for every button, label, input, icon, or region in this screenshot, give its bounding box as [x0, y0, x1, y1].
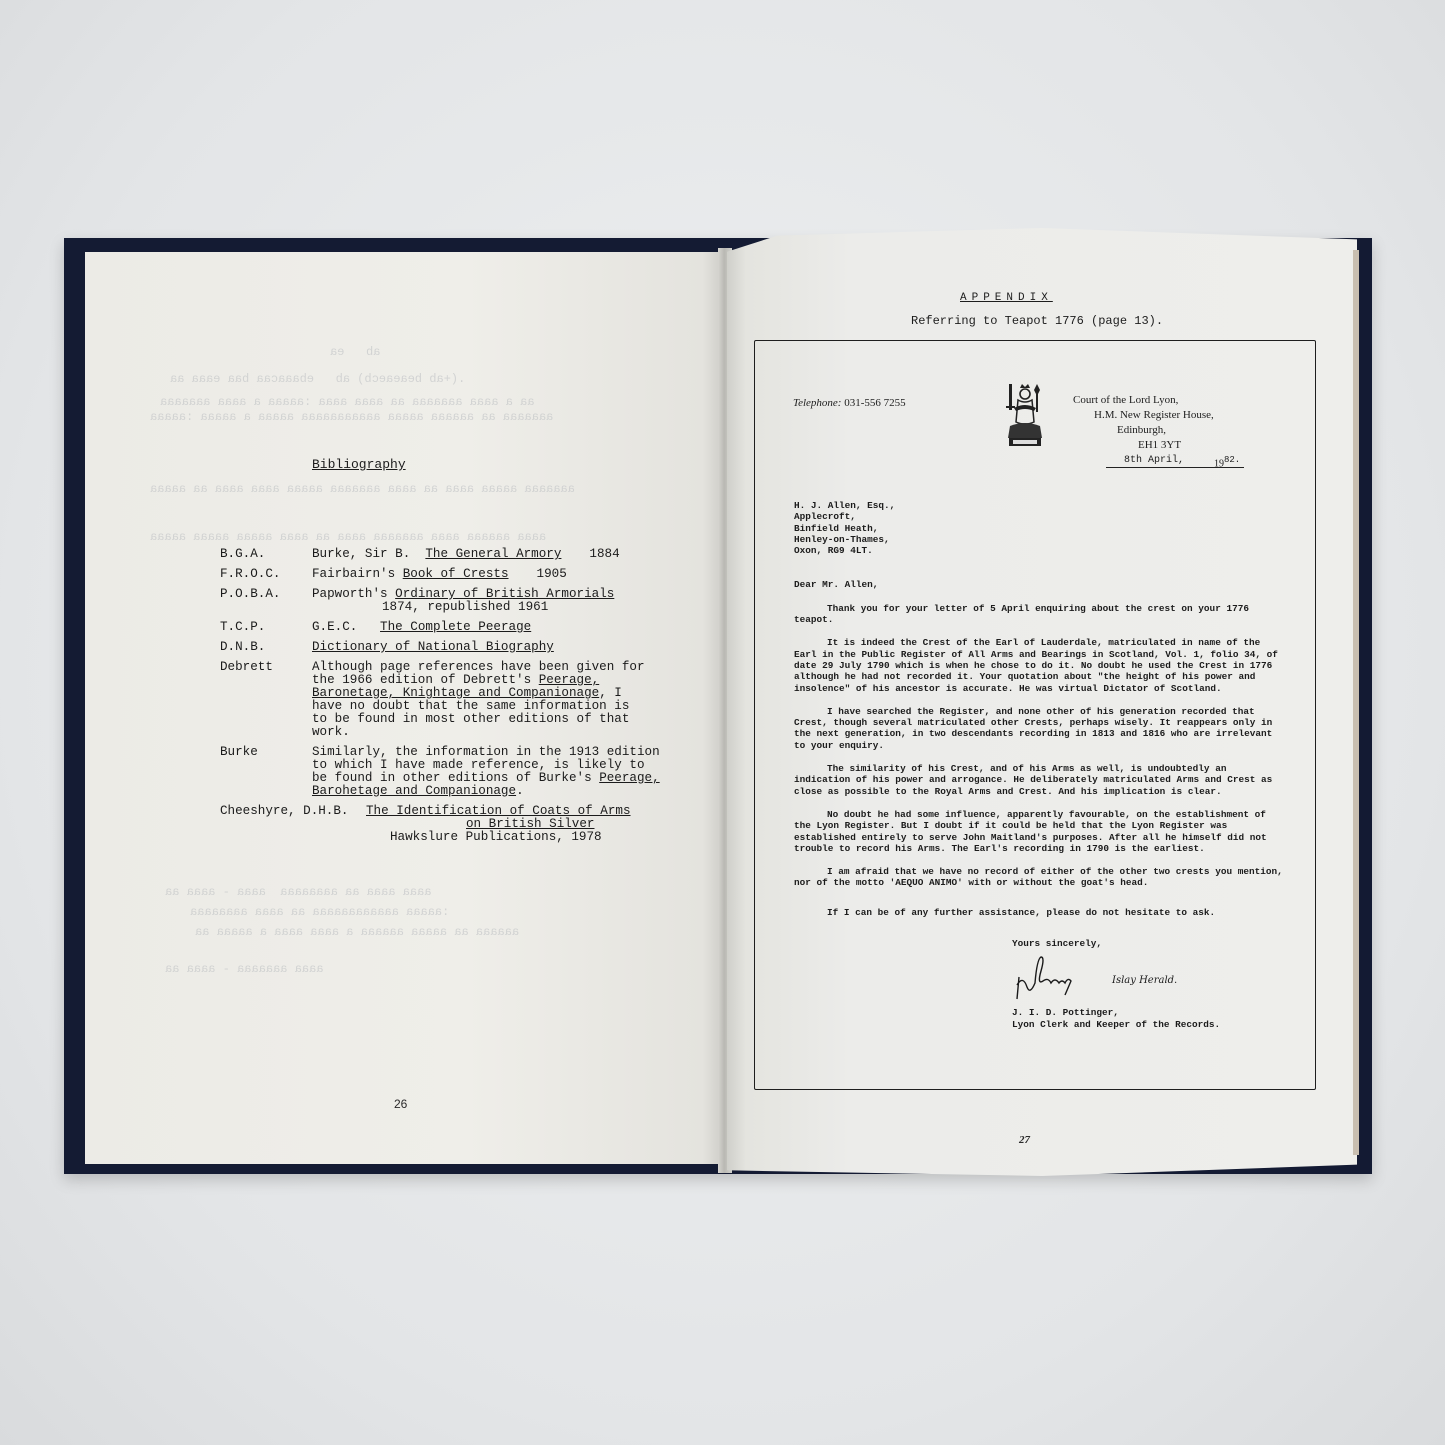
date-day: 8th April, — [1124, 455, 1184, 466]
recipient-address-line: Oxon, RG9 4LT. — [794, 545, 1284, 556]
entry-publisher: Hawkslure Publications, 1978 — [366, 831, 726, 844]
entry-abbreviation: P.O.B.A. — [220, 588, 310, 601]
sender-address-line: H.M. New Register House, — [1073, 408, 1214, 423]
letter-closing: Yours sincerely, — [794, 938, 1284, 949]
bibliography-entry: P.O.B.A. Papworth's Ordinary of British … — [220, 588, 726, 614]
date-year-suffix: 82. — [1224, 455, 1240, 465]
recipient-address: H. J. Allen, Esq., Applecroft, Binfield … — [794, 500, 1284, 556]
bibliography-entry: D.N.B. Dictionary of National Biography — [220, 641, 726, 654]
entry-author: Fairbairn's — [312, 567, 395, 581]
bibliography-entry: Cheeshyre, D.H.B. The Identification of … — [220, 805, 726, 844]
entry-abbreviation: Cheeshyre, D.H.B. — [220, 805, 348, 818]
entry-title: Dictionary of National Biography — [312, 640, 554, 654]
letter-paragraph: Thank you for your letter of 5 April enq… — [794, 603, 1284, 626]
entry-author: G.E.C. — [312, 620, 357, 634]
letter-paragraph: It is indeed the Crest of the Earl of La… — [794, 637, 1284, 693]
bibliography-entry: T.C.P. G.E.C. The Complete Peerage — [220, 621, 726, 634]
entry-year: 1884 — [589, 547, 619, 561]
letter-date: 8th April, 1982. — [1106, 455, 1244, 468]
entry-title: Ordinary of British Armorials — [395, 587, 614, 601]
entry-abbreviation: Debrett — [220, 661, 310, 674]
entry-author: Burke, Sir B. — [312, 547, 410, 561]
salutation: Dear Mr. Allen, — [794, 579, 1284, 590]
entry-abbreviation: T.C.P. — [220, 621, 310, 634]
bleed-through-text: aaaa aaaaaa aaaa aaaaaaa aaaa aa aaaa aa… — [150, 530, 546, 544]
bleed-through-text: .(+ab beaeaecb) ab ebaaacaa baa eaaa aa — [170, 372, 465, 386]
lord-lyon-crest-icon — [1004, 380, 1046, 450]
sender-address-line: Court of the Lord Lyon, — [1073, 393, 1214, 408]
entry-title: Book of Crests — [403, 567, 509, 581]
page-number-left: 26 — [394, 1097, 407, 1111]
bleed-through-text: aaaaaaa aaaaa aaaa aa aaaa aaaaaaa aaaaa… — [150, 482, 575, 496]
entry-title-continued: on British Silver — [466, 817, 594, 831]
entry-abbreviation: F.R.O.C. — [220, 568, 310, 581]
bleed-through-text: aaaa aaaa aa aaaaaaaa aaaa - aaaa aa — [165, 885, 431, 899]
entry-abbreviation: Burke — [220, 746, 310, 759]
entry-title: The Identification of Coats of Arms — [366, 804, 631, 818]
sender-address: Court of the Lord Lyon, H.M. New Registe… — [1073, 393, 1214, 453]
bleed-through-text: aaaaaa aa aaaaa aaaaaa a aaaa aaaa a aaa… — [195, 925, 519, 939]
bleed-through-text: aaaaaaa aa aaaaaa aaaaa aaaaaaaaaaa aaaa… — [150, 410, 553, 424]
entry-title: The General Armory — [425, 547, 561, 561]
letterhead-telephone: Telephone: 031-556 7255 — [793, 397, 906, 409]
signature-pottinger — [1014, 955, 1078, 1003]
letter-paragraph: No doubt he had some influence, apparent… — [794, 809, 1284, 854]
recipient-address-line: Binfield Heath, — [794, 523, 1284, 534]
bibliography-entry: B.G.A. Burke, Sir B. The General Armory1… — [220, 548, 726, 561]
entry-author: Papworth's — [312, 587, 388, 601]
signature-islay-herald: Islay Herald. — [1112, 975, 1177, 986]
telephone-label: Telephone: — [793, 397, 841, 409]
bleed-through-text: :aaaaa aaaaaaaaaaaa aa aaaa aaaaaaaa — [190, 905, 449, 919]
appendix-heading: APPENDIX — [960, 292, 1053, 304]
entry-title: The Complete Peerage — [380, 620, 531, 634]
bibliography-entry: Burke Similarly, the information in the … — [220, 746, 726, 798]
entry-note: 1874, republished 1961 — [312, 601, 672, 614]
bleed-through-text: aa a aaaa aaaaaaa aa aaaa aaaa :aaaaa a … — [160, 395, 534, 409]
bibliography-heading: Bibliography — [312, 457, 406, 472]
recipient-address-line: Henley-on-Thames, — [794, 534, 1284, 545]
entry-text: . — [516, 784, 524, 798]
entry-abbreviation: B.G.A. — [220, 548, 310, 561]
bibliography-list: B.G.A. Burke, Sir B. The General Armory1… — [220, 548, 726, 851]
bibliography-entry: F.R.O.C. Fairbairn's Book of Crests1905 — [220, 568, 726, 581]
telephone-number: 031-556 7255 — [844, 397, 905, 409]
signer-name: J. I. D. Pottinger, — [794, 1007, 1284, 1018]
signatures: Islay Herald. — [1012, 949, 1284, 1007]
recipient-address-line: H. J. Allen, Esq., — [794, 500, 1284, 511]
letter-paragraph: I am afraid that we have no record of ei… — [794, 866, 1284, 889]
letter-paragraph: If I can be of any further assistance, p… — [794, 907, 1284, 918]
recipient-address-line: Applecroft, — [794, 511, 1284, 522]
entry-abbreviation: D.N.B. — [220, 641, 310, 654]
bleed-through-text: ab ea — [330, 345, 380, 359]
appendix-subheading: Referring to Teapot 1776 (page 13). — [911, 314, 1163, 328]
letter-paragraph: The similarity of his Crest, and of his … — [794, 763, 1284, 797]
sender-address-line: EH1 3YT — [1073, 438, 1214, 453]
letter-paragraph: I have searched the Register, and none o… — [794, 706, 1284, 751]
signer-title: Lyon Clerk and Keeper of the Records. — [794, 1019, 1284, 1030]
entry-year: 1905 — [537, 567, 567, 581]
date-year-prefix: 19 — [1214, 458, 1224, 469]
sender-address-line: Edinburgh, — [1073, 423, 1214, 438]
bibliography-entry: Debrett Although page references have be… — [220, 661, 726, 739]
letter-body: H. J. Allen, Esq., Applecroft, Binfield … — [794, 500, 1284, 1030]
bleed-through-text: aaaa aaaaaaa - aaaa aa — [165, 962, 323, 976]
page-block-edge — [1353, 250, 1359, 1155]
page-number-right: 27 — [1019, 1134, 1030, 1146]
